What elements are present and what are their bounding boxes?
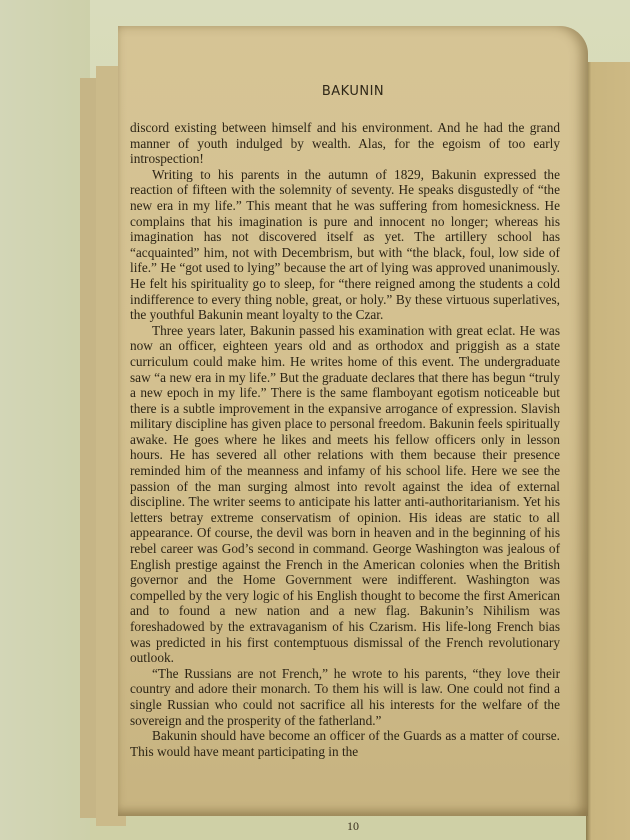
paragraph: “The Russians are not French,” he wrote … xyxy=(130,666,560,728)
desk-background xyxy=(0,0,90,840)
paragraph: discord existing between himself and his… xyxy=(130,120,560,167)
paragraph: Writing to his parents in the autumn of … xyxy=(130,167,560,323)
facing-page-edge xyxy=(586,62,630,840)
page-number: 10 xyxy=(118,819,588,834)
paragraph: Three years later, Bakunin passed his ex… xyxy=(130,323,560,666)
body-text: discord existing between himself and his… xyxy=(130,120,560,759)
paragraph: Bakunin should have become an officer of… xyxy=(130,728,560,759)
book-page: BAKUNIN discord existing between himself… xyxy=(118,26,588,816)
running-head: BAKUNIN xyxy=(118,84,588,99)
